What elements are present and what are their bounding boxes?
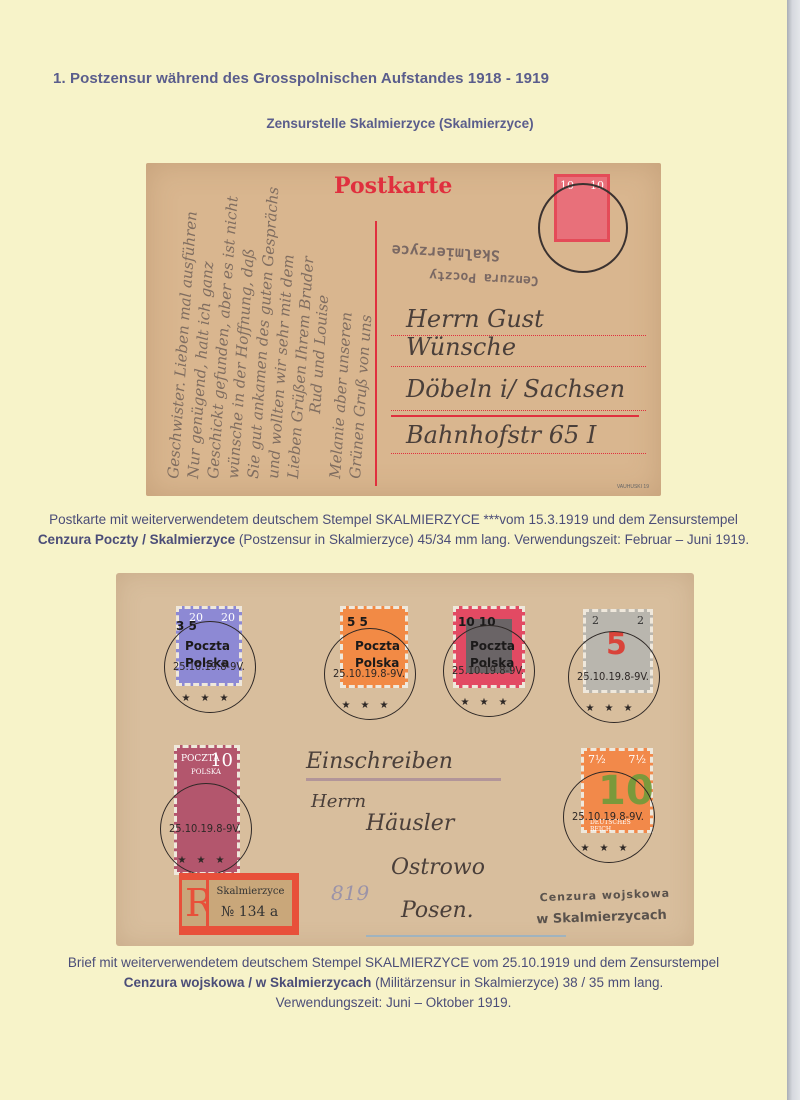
postmark: 25.10.19.8-9V.★★★ [324,628,416,720]
address-line-3: Bahnhofstr 65 I [406,421,596,449]
annotation-einschreiben: Einschreiben [306,749,453,774]
address-line-1: Herrn Gust Wünsche [406,305,661,361]
page-subheading: Zensurstelle Skalmierzyce (Skalmierzyce) [0,116,800,131]
censor-stamp-cenzura-poczty: Cenzura Poczty Skalmierzyce [390,239,540,291]
album-page: 1. Postzensur während des Grosspolnische… [0,0,787,1100]
registration-label: R Skalmierzyce № 134 a [179,873,299,935]
page-heading: 1. Postzensur während des Grosspolnische… [53,70,549,87]
postmark: 25.10.19.8-9V.★★★ [160,783,252,875]
postcard-caption: Postkarte mit weiterverwendetem deutsche… [0,510,787,550]
page-edge [787,0,800,1100]
handwritten-message: Geschwister. Lieben mal ausführen Nur ge… [156,173,356,483]
censor-stamp-cenzura-wojskowa: Cenzura wojskowa w Skalmierzycach [535,883,671,932]
postcard-divider [375,221,377,486]
postcard-image: Geschwister. Lieben mal ausführen Nur ge… [146,163,661,496]
postcard-title: Postkarte [334,173,452,199]
envelope-address-3: Ostrowo [391,855,485,880]
address-line-2: Döbeln i/ Sachsen [406,375,625,403]
printer-mark: VAUHUSKI 19 [617,484,649,490]
postmark: 25.10.19.8-9V.★★★ [568,631,660,723]
postmark: 25.10.19.8-9V.★★★ [164,621,256,713]
envelope-image: 20 20 3 5 Poczta Polska 25.10.19.8-9V.★★… [116,573,694,946]
pencil-note: 819 [331,881,369,905]
envelope-address-2: Häusler [366,811,454,836]
postmark-skalmierzyce [538,183,628,273]
postmark: 25.10.19.8-9V.★★★ [563,771,655,863]
postmark: 25.10.19.8-9V.★★★ [443,625,535,717]
envelope-caption: Brief mit weiterverwendetem deutschem St… [0,953,787,1013]
envelope-address-4: Posen. [401,898,474,923]
envelope-address-1: Herrn [311,791,366,812]
